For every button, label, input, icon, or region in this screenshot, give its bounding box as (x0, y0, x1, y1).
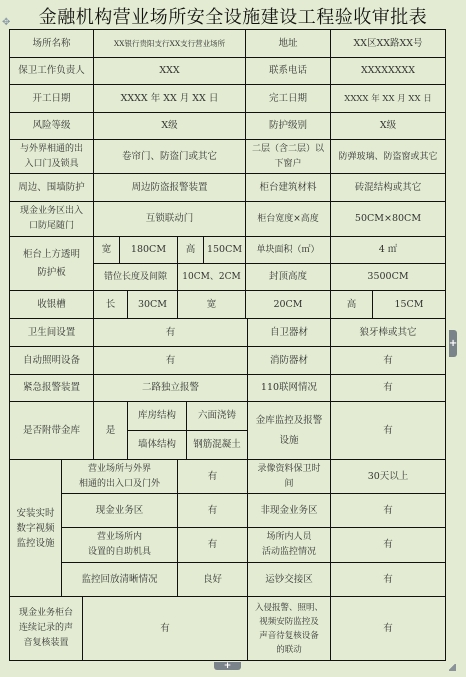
label-entrance-monitoring: 营业场所与外界 相通的出入口及门外 (61, 459, 178, 494)
label-shield-height: 高 (177, 236, 204, 264)
label-phone: 联系电话 (245, 57, 331, 85)
label-ceiling-height: 封顶高度 (245, 263, 331, 291)
label-110-network: 110联网情况 (247, 374, 331, 402)
value-slot-width[interactable]: 20CM (245, 290, 331, 319)
label-slot-length: 长 (93, 290, 128, 319)
add-column-button[interactable]: + (449, 330, 457, 357)
value-cash-handover-area[interactable]: 有 (330, 562, 446, 597)
value-auto-lighting[interactable]: 有 (93, 346, 248, 375)
label-risk-level: 风险等级 (9, 112, 94, 140)
value-start-date[interactable]: XXXX 年 XX 月 XX 日 (93, 84, 246, 113)
value-venue-name[interactable]: XX银行贵阳支行XX支行营业场所 (93, 29, 246, 58)
value-entrance-monitoring[interactable]: 有 (177, 459, 248, 494)
label-slot-height: 高 (330, 290, 373, 319)
move-handle-icon[interactable]: ✥ (2, 18, 12, 28)
label-lower-windows: 二层（含二层）以 下窗户 (245, 139, 331, 174)
value-ceiling-height[interactable]: 3500CM (330, 263, 446, 291)
label-transparent-shield: 柜台上方透明 防护板 (9, 236, 94, 291)
value-completion-date[interactable]: XXXX 年 XX 月 XX 日 (330, 84, 446, 113)
label-cash-slot: 收银槽 (9, 290, 94, 319)
value-protection-level[interactable]: X级 (330, 112, 446, 140)
value-risk-level[interactable]: X级 (93, 112, 246, 140)
value-self-service-machines[interactable]: 有 (177, 527, 248, 563)
value-wall-structure[interactable]: 钢筋混凝土 (186, 430, 248, 460)
value-vault-monitoring[interactable]: 有 (330, 401, 446, 460)
value-address[interactable]: XX区XX路XX号 (330, 29, 446, 58)
label-cash-handover-area: 运钞交接区 (247, 562, 331, 597)
value-exterior-doors-locks[interactable]: 卷帘门、防盗门或其它 (93, 139, 246, 174)
value-slot-length[interactable]: 30CM (127, 290, 178, 319)
value-panel-area[interactable]: 4 ㎡ (330, 236, 446, 264)
label-cash-area-monitoring: 现金业务区 (61, 493, 178, 528)
label-playback-clarity: 监控回放清晰情况 (61, 562, 178, 597)
value-emergency-alarm[interactable]: 二路独立报警 (93, 374, 248, 402)
label-system-linkage: 入侵报警、照明、 视频安防监控及 声音待复核设备 的联动 (247, 596, 331, 661)
value-personnel-activity[interactable]: 有 (330, 527, 446, 563)
label-shield-width: 宽 (93, 236, 120, 264)
value-system-linkage[interactable]: 有 (330, 596, 446, 661)
value-footage-retention[interactable]: 30天以上 (330, 459, 446, 494)
label-wall-structure: 墙体结构 (127, 430, 187, 460)
value-slot-height[interactable]: 15CM (372, 290, 446, 319)
value-lower-windows[interactable]: 防弹玻璃、防盗窗或其它 (330, 139, 446, 174)
label-vault-monitoring: 金库监控及报警 设施 (247, 401, 331, 460)
label-self-service-machines: 营业场所内 设置的自助机具 (61, 527, 178, 563)
value-audio-recording[interactable]: 有 (82, 596, 248, 661)
value-counter-dimensions[interactable]: 50CM×80CM (330, 201, 446, 237)
label-auto-lighting: 自动照明设备 (9, 346, 94, 375)
label-protection-level: 防护级别 (245, 112, 331, 140)
value-non-cash-area[interactable]: 有 (330, 493, 446, 528)
label-footage-retention: 录像资料保卫时 间 (247, 459, 331, 494)
value-counter-material[interactable]: 砖混结构或其它 (330, 173, 446, 202)
value-playback-clarity[interactable]: 良好 (177, 562, 248, 597)
label-counter-material: 柜台建筑材料 (245, 173, 331, 202)
label-non-cash-area: 非现金业务区 (247, 493, 331, 528)
label-slot-width: 宽 (177, 290, 246, 319)
value-perimeter-protection[interactable]: 周边防盗报警装置 (93, 173, 246, 202)
label-security-manager: 保卫工作负责人 (9, 57, 94, 85)
value-self-defense-equipment[interactable]: 狼牙棒或其它 (330, 318, 446, 347)
plus-icon: + (449, 338, 457, 349)
label-start-date: 开工日期 (9, 84, 94, 113)
value-anti-tailgate-door[interactable]: 互锁联动门 (93, 201, 246, 237)
label-personnel-activity: 场所内人员 活动监控情况 (247, 527, 331, 563)
label-venue-name: 场所名称 (9, 29, 94, 58)
label-self-defense-equipment: 自卫器材 (247, 318, 331, 347)
value-cash-area-monitoring[interactable]: 有 (177, 493, 248, 528)
resize-handle-icon[interactable] (449, 664, 456, 671)
label-restroom: 卫生间设置 (9, 318, 94, 347)
label-audio-recording: 现金业务柜台 连续记录的声 音复核装置 (9, 596, 83, 661)
label-perimeter-protection: 周边、围墙防护 (9, 173, 94, 202)
label-completion-date: 完工日期 (245, 84, 331, 113)
label-emergency-alarm: 紧急报警装置 (9, 374, 94, 402)
label-vault-structure: 库房结构 (127, 401, 187, 431)
label-vault-attached: 是否附带金库 (9, 401, 94, 460)
plus-icon: + (224, 661, 232, 671)
label-counter-dimensions: 柜台宽度×高度 (245, 201, 331, 237)
value-offset-gap[interactable]: 10CM、2CM (177, 263, 246, 291)
value-shield-height[interactable]: 150CM (203, 236, 246, 264)
label-address: 地址 (245, 29, 331, 58)
value-restroom[interactable]: 有 (93, 318, 248, 347)
value-vault-structure[interactable]: 六面浇铸 (186, 401, 248, 431)
value-shield-width[interactable]: 180CM (119, 236, 178, 264)
value-fire-equipment[interactable]: 有 (330, 346, 446, 375)
add-row-button[interactable]: + (214, 662, 241, 670)
label-fire-equipment: 消防器材 (247, 346, 331, 375)
value-vault-attached[interactable]: 是 (93, 401, 128, 460)
label-offset-gap: 错位长度及间隙 (93, 263, 178, 291)
label-video-monitoring-group: 安装实时 数字视频 监控设施 (9, 459, 62, 597)
page-title: 金融机构营业场所安全设施建设工程验收审批表 (0, 3, 466, 29)
value-security-manager[interactable]: XXX (93, 57, 246, 85)
label-exterior-doors-locks: 与外界相通的出 入口门及锁具 (9, 139, 94, 174)
value-phone[interactable]: XXXXXXXX (330, 57, 446, 85)
label-anti-tailgate-door: 现金业务区出入 口防尾随门 (9, 201, 94, 237)
value-110-network[interactable]: 有 (330, 374, 446, 402)
label-panel-area: 单块面积（㎡） (245, 236, 331, 264)
